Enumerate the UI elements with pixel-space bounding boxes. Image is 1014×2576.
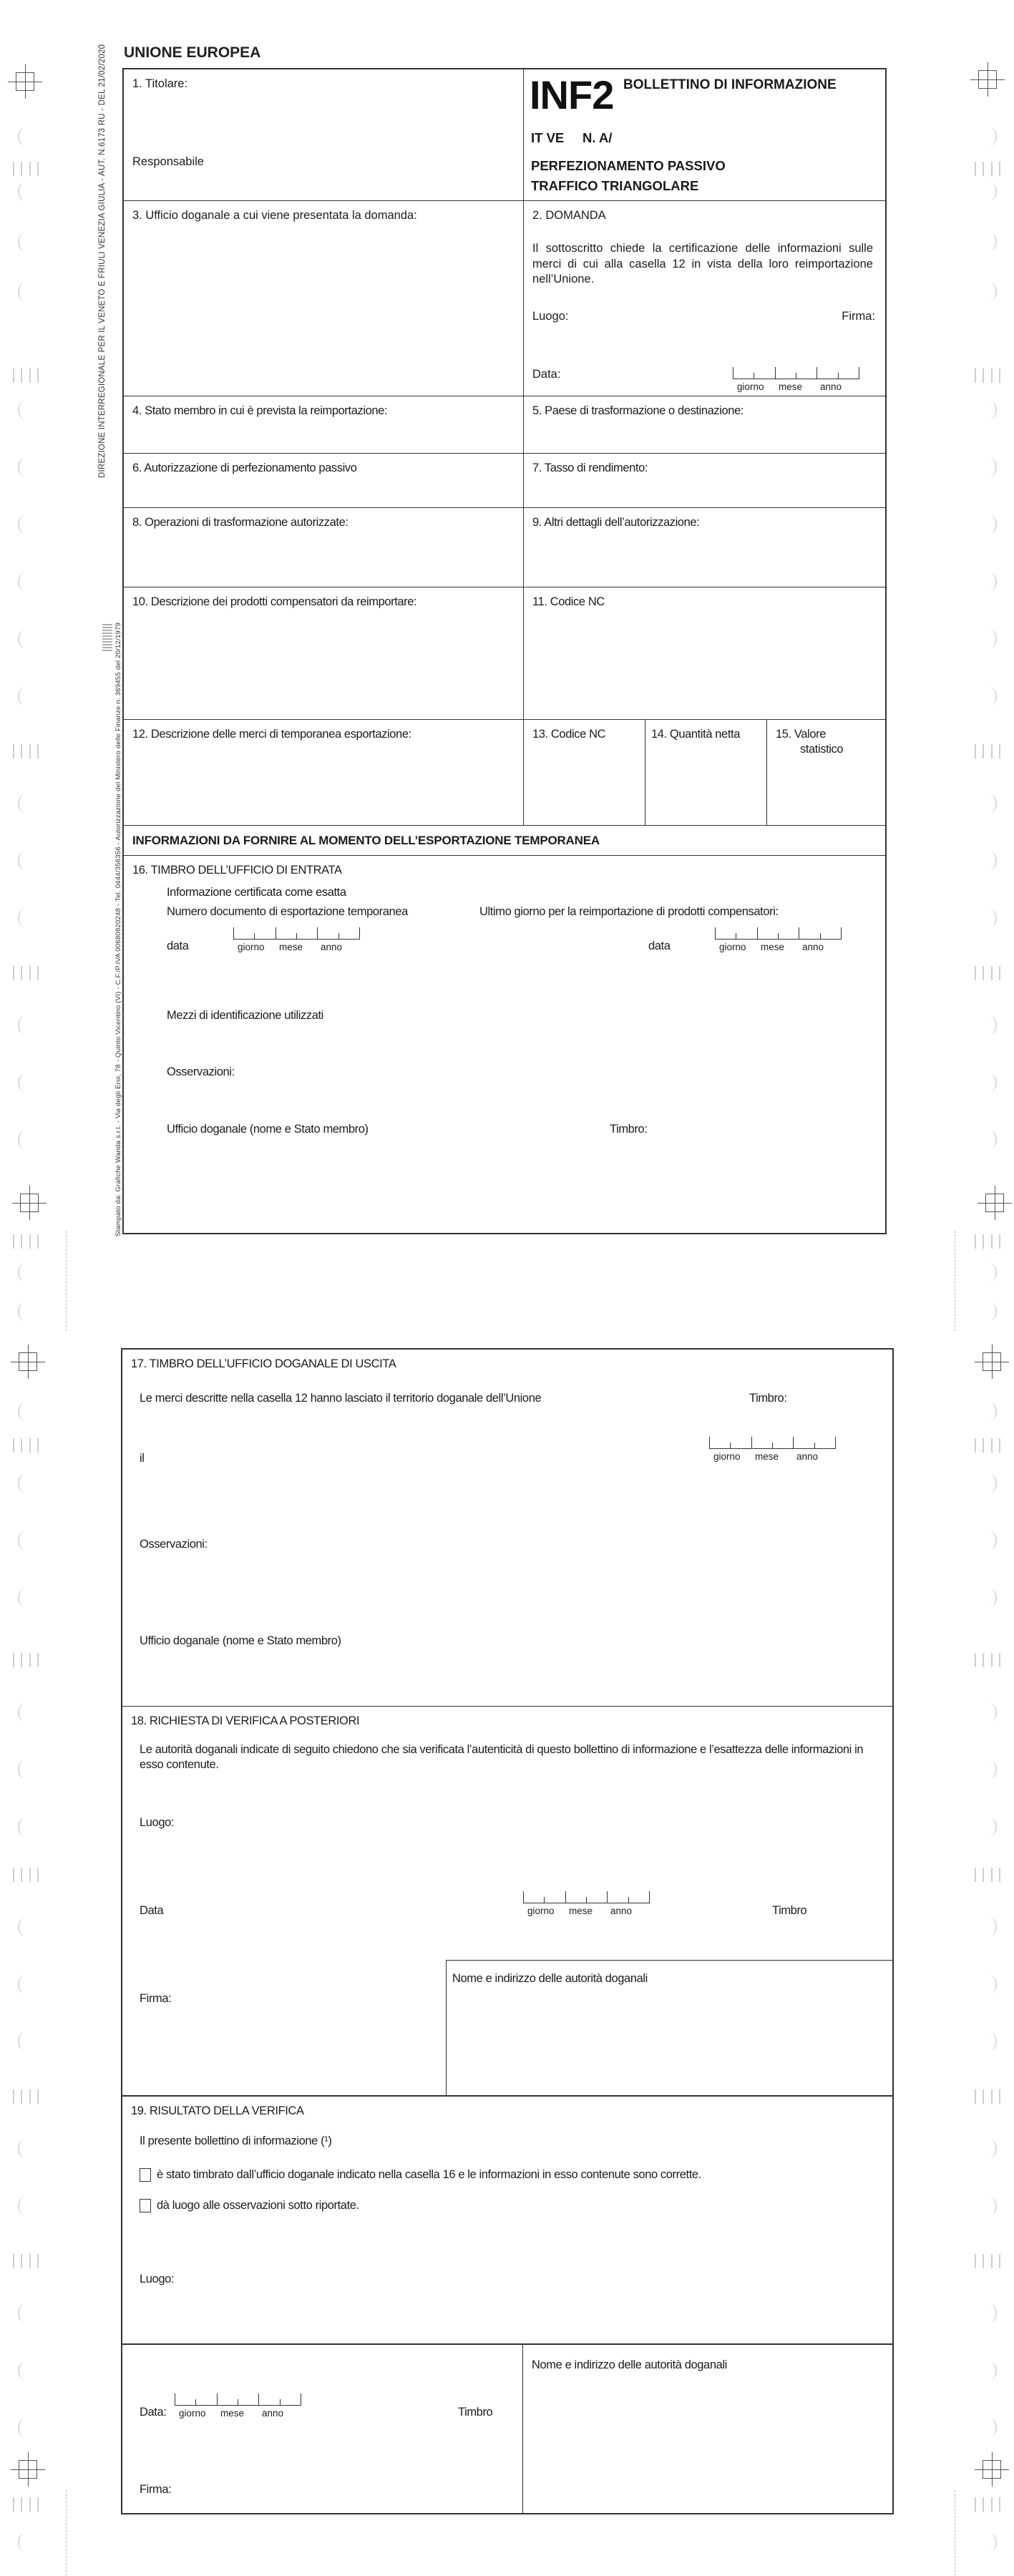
box-4-member-state[interactable]: 4. Stato membro in cui è prevista la rei… — [124, 396, 524, 454]
perforation-hole-icon — [18, 283, 32, 301]
perforation-hole-icon — [18, 1016, 32, 1035]
box-19-stamp-label: Timbro — [458, 2405, 492, 2420]
perforation-hole-icon — [983, 2419, 997, 2437]
perforation-hole-icon — [18, 852, 32, 870]
box-19-place-label: Luogo: — [140, 2272, 174, 2287]
box-2-place-label: Luogo: — [532, 309, 568, 324]
perforation-ticks-icon — [975, 1438, 1000, 1453]
date-tick — [820, 933, 821, 940]
box-15-label-line-2: statistico — [776, 742, 877, 757]
perforation-hole-icon — [983, 1589, 997, 1607]
perforation-hole-icon — [983, 2140, 997, 2158]
tear-line — [955, 2490, 955, 2576]
tear-line — [66, 1231, 67, 1331]
perforation-ticks-icon — [13, 966, 39, 980]
box-13-cn-code[interactable]: 13. Codice NC — [524, 720, 645, 826]
box-18-signature-label: Firma: — [140, 1991, 171, 2006]
perforation-ticks-icon — [975, 1653, 1000, 1667]
box-16-certified-text: Informazione certificata come esatta — [167, 885, 346, 900]
perforation-hole-icon — [18, 2197, 32, 2215]
box-17-office-label: Ufficio doganale (nome e Stato membro) — [140, 1634, 341, 1649]
date-year-label: anno — [796, 1450, 818, 1463]
box-17-text: Le merci descritte nella casella 12 hann… — [140, 1391, 541, 1406]
perforation-hole-icon — [983, 1131, 997, 1149]
box-17-on-label: il — [140, 1451, 145, 1466]
box-13-label: 13. Codice NC — [532, 727, 636, 742]
date-tick — [835, 1437, 836, 1449]
perforation-ticks-icon — [13, 1653, 39, 1667]
perforation-hole-icon — [18, 233, 32, 251]
date-tick — [751, 1437, 752, 1449]
box-11-cn-code[interactable]: 11. Codice NC — [524, 587, 885, 720]
box-19-date-label: Data: — [140, 2405, 166, 2420]
registration-mark-icon — [983, 1352, 1001, 1371]
perforation-ticks-icon — [13, 162, 39, 176]
perforation-hole-icon — [983, 909, 997, 927]
box-3-label: 3. Ufficio doganale a cui viene presenta… — [132, 208, 515, 223]
date-tick — [175, 2394, 175, 2406]
perforation-hole-icon — [983, 1703, 997, 1722]
date-tick — [730, 1443, 731, 1449]
box-2-signature-label: Firma: — [842, 309, 875, 324]
date-tick — [217, 2394, 218, 2406]
perforation-hole-icon — [983, 1073, 997, 1092]
perforation-hole-icon — [18, 2140, 32, 2158]
date-year-label: anno — [321, 941, 342, 954]
box-14-net-quantity[interactable]: 14. Quantità netta — [645, 720, 767, 826]
date-tick — [544, 1897, 545, 1903]
date-tick — [859, 367, 859, 379]
perforation-hole-icon — [18, 794, 32, 813]
registration-mark-icon — [983, 2460, 1001, 2479]
perforation-ticks-icon — [975, 744, 1000, 758]
date-tick — [258, 2394, 259, 2406]
box-14-label: 14. Quantità netta — [651, 727, 758, 742]
perforation-hole-icon — [18, 1531, 32, 1550]
box-9-other-details[interactable]: 9. Altri dettagli dell’autorizzazione: — [524, 508, 885, 587]
perforation-hole-icon — [18, 401, 32, 419]
perforation-ticks-icon — [13, 744, 39, 758]
perforation-hole-icon — [983, 1531, 997, 1550]
date-month-label: mese — [779, 381, 802, 394]
box-16-label: 16. TIMBRO DELL’UFFICIO DI ENTRATA — [132, 863, 877, 878]
box-5-label: 5. Paese di trasformazione o destinazion… — [532, 404, 877, 419]
date-tick — [254, 933, 255, 940]
box-17-stamp-label: Timbro: — [749, 1391, 787, 1406]
date-year-label: anno — [262, 2407, 283, 2420]
perforation-ticks-icon — [13, 1868, 39, 1882]
box-12-exported-goods[interactable]: 12. Descrizione delle merci di temporane… — [124, 720, 524, 826]
date-tick — [709, 1437, 710, 1449]
perforation-hole-icon — [983, 2197, 997, 2215]
perforation-hole-icon — [18, 515, 32, 534]
box-18-label: 18. RICHIESTA DI VERIFICA A POSTERIORI — [131, 1714, 359, 1729]
perforation-ticks-icon — [975, 369, 1000, 383]
perforation-hole-icon — [983, 1918, 997, 1936]
box-5-processing-country[interactable]: 5. Paese di trasformazione o destinazion… — [524, 396, 885, 454]
perforation-hole-icon — [18, 182, 32, 201]
box-2-date-field[interactable]: giornomeseanno — [733, 367, 859, 394]
box-16-date-right-label: data — [648, 939, 671, 954]
date-tick — [757, 927, 758, 940]
perforation-hole-icon — [18, 1131, 32, 1149]
date-tick — [628, 1897, 629, 1903]
perforation-hole-icon — [18, 909, 32, 927]
date-month-label: mese — [569, 1905, 593, 1918]
date-tick — [195, 2399, 196, 2406]
perforation-ticks-icon — [13, 1438, 39, 1453]
box-19-label: 19. RISULTATO DELLA VERIFICA — [131, 2104, 884, 2119]
perforation-ticks-icon — [13, 369, 39, 383]
perforation-hole-icon — [18, 2361, 32, 2380]
registration-mark-icon — [985, 1194, 1004, 1212]
date-tick — [841, 927, 842, 940]
box-6-authorisation[interactable]: 6. Autorizzazione di perfezionamento pas… — [124, 454, 524, 508]
perforation-ticks-icon — [13, 2497, 39, 2512]
date-tick — [317, 927, 318, 940]
perforation-hole-icon — [983, 2304, 997, 2323]
form-part-2: 17. TIMBRO DELL’UFFICIO DOGANALE DI USCI… — [121, 1348, 894, 2514]
perforation-hole-icon — [18, 1302, 32, 1321]
perforation-hole-icon — [983, 630, 997, 648]
box-4-label: 4. Stato membro in cui è prevista la rei… — [132, 404, 515, 419]
date-year-label: anno — [802, 941, 824, 954]
perforation-hole-icon — [18, 458, 32, 477]
box-18-date-field[interactable]: giornomeseanno — [523, 1891, 649, 1918]
date-tick — [796, 373, 796, 379]
box-19-verification-result[interactable]: 19. RISULTATO DELLA VERIFICA Il presente… — [122, 2097, 892, 2345]
box-18-place-label: Luogo: — [140, 1815, 174, 1830]
perforation-hole-icon — [983, 1263, 997, 1282]
box-15-statistical-value[interactable]: 15. Valore statistico — [767, 720, 885, 826]
box-16-observations-label: Osservazioni: — [167, 1065, 235, 1080]
box-18-authority-field[interactable]: Nome e indirizzo delle autorità doganali — [446, 1960, 892, 2097]
date-tick — [793, 1437, 794, 1449]
date-month-label: mese — [755, 1450, 779, 1463]
export-section-title: INFORMAZIONI DA FORNIRE AL MOMENTO DELL’… — [132, 833, 877, 849]
perforation-ticks-icon — [975, 2497, 1000, 2512]
printer-margin-text: Stampato da: Grafiche Wanda s.r.l. - Via… — [114, 623, 122, 1236]
date-day-label: giorno — [179, 2407, 206, 2420]
date-tick — [649, 1891, 650, 1903]
perforation-hole-icon — [983, 687, 997, 706]
perforation-ticks-icon — [975, 966, 1000, 980]
perforation-hole-icon — [983, 1975, 997, 1994]
date-month-label: mese — [761, 941, 784, 954]
box-2-label: 2. DOMANDA — [532, 208, 877, 223]
perforation-hole-icon — [18, 1589, 32, 1607]
box-18-verification-request[interactable]: 18. RICHIESTA DI VERIFICA A POSTERIORI L… — [122, 1707, 892, 2097]
perforation-hole-icon — [18, 1263, 32, 1282]
date-tick — [778, 933, 779, 940]
perforation-hole-icon — [18, 1975, 32, 1994]
date-tick — [276, 927, 276, 940]
perforation-hole-icon — [983, 515, 997, 534]
form-header: INF2 BOLLETTINO DI INFORMAZIONE IT VE N.… — [524, 69, 885, 201]
box-10-label: 10. Descrizione dei prodotti compensator… — [132, 595, 515, 610]
registration-mark-icon — [978, 70, 997, 89]
date-day-label: giorno — [719, 941, 746, 954]
box-11-label: 11. Codice NC — [532, 595, 877, 610]
date-day-label: giorno — [737, 381, 764, 394]
box-19-intro: Il presente bollettino di informazione (… — [140, 2134, 331, 2149]
box-16-stamp-label: Timbro: — [610, 1122, 648, 1137]
perforation-hole-icon — [18, 2032, 32, 2051]
date-tick — [814, 1443, 815, 1449]
box-18-text: Le autorità doganali indicate di seguito… — [140, 1742, 884, 1773]
perforation-hole-icon — [18, 1474, 32, 1493]
date-tick — [233, 927, 234, 940]
date-tick — [238, 2399, 238, 2406]
perforation-hole-icon — [983, 1016, 997, 1035]
perforation-hole-icon — [983, 794, 997, 813]
box-17-date-field[interactable]: giornomeseanno — [709, 1437, 835, 1464]
box-19-option-2-label: dà luogo alle osservazioni sotto riporta… — [157, 2198, 359, 2213]
box-19-option-2-checkbox[interactable] — [140, 2199, 151, 2212]
perforation-hole-icon — [983, 2032, 997, 2051]
date-tick — [565, 1891, 566, 1903]
date-day-label: giorno — [713, 1450, 741, 1463]
box-16-identification-label: Mezzi di identificazione utilizzati — [167, 1008, 323, 1023]
date-tick — [838, 373, 839, 379]
date-tick — [359, 927, 360, 940]
box-15-label-line-1: 15. Valore — [776, 727, 877, 742]
perforation-hole-icon — [18, 1918, 32, 1936]
export-section-header: INFORMAZIONI DA FORNIRE AL MOMENTO DELL’… — [124, 826, 885, 856]
box-8-operations[interactable]: 8. Operazioni di trasformazione autorizz… — [124, 508, 524, 587]
box-19-signature-label: Firma: — [140, 2482, 171, 2497]
perforation-hole-icon — [983, 1818, 997, 1836]
box-19-option-1-label: è stato timbrato dall’ufficio doganale i… — [157, 2167, 701, 2182]
box-19-option-1-checkbox[interactable] — [140, 2168, 151, 2182]
perforation-ticks-icon — [13, 2254, 39, 2268]
date-month-label: mese — [279, 941, 303, 954]
registration-mark-icon — [20, 1194, 39, 1212]
registration-mark-icon — [16, 72, 34, 91]
perforation-hole-icon — [18, 127, 32, 146]
box-3-customs-office[interactable]: 3. Ufficio doganale a cui viene presenta… — [124, 201, 524, 396]
date-tick — [296, 933, 297, 940]
box-10-compensating-products[interactable]: 10. Descrizione dei prodotti compensator… — [124, 587, 524, 720]
box-8-label: 8. Operazioni di trasformazione autorizz… — [132, 515, 515, 530]
perforation-hole-icon — [983, 1760, 997, 1779]
date-year-label: anno — [820, 381, 842, 394]
box-19-authority-label: Nome e indirizzo delle autorità doganali — [532, 2352, 884, 2373]
registration-mark-icon — [19, 2460, 37, 2479]
perforation-hole-icon — [983, 2361, 997, 2380]
regime-line-2: TRAFFICO TRIANGOLARE — [531, 177, 698, 195]
perforation-hole-icon — [18, 1760, 32, 1779]
perforation-hole-icon — [983, 1302, 997, 1321]
perforation-hole-icon — [983, 852, 997, 870]
box-2-date-label: Data: — [532, 367, 560, 382]
date-tick — [338, 933, 339, 940]
date-tick — [736, 933, 736, 940]
date-tick — [799, 927, 799, 940]
box-18-authority-label: Nome e indirizzo delle autorità doganali — [452, 1971, 648, 1986]
eu-title: UNIONE EUROPEA — [124, 44, 260, 62]
perforation-hole-icon — [18, 1818, 32, 1836]
perforation-hole-icon — [18, 572, 32, 591]
date-month-label: mese — [220, 2407, 244, 2420]
perforation-ticks-icon — [13, 2089, 39, 2104]
perforation-ticks-icon — [13, 1234, 39, 1249]
perforation-hole-icon — [983, 2533, 997, 2552]
date-tick — [772, 1443, 773, 1449]
date-tick — [523, 1891, 524, 1903]
perforation-hole-icon — [18, 687, 32, 706]
printer-logo-icon — [102, 623, 112, 651]
date-tick — [586, 1897, 587, 1903]
box-1-responsible-label: Responsabile — [132, 155, 204, 170]
perforation-hole-icon — [18, 1402, 32, 1421]
perforation-ticks-icon — [975, 162, 1000, 176]
perforation-hole-icon — [983, 283, 997, 301]
date-tick — [280, 2399, 281, 2406]
box-19-authority-field[interactable]: Nome e indirizzo delle autorità doganali — [523, 2345, 892, 2513]
perforation-hole-icon — [983, 401, 997, 419]
perforation-hole-icon — [18, 630, 32, 648]
box-16-office-label: Ufficio doganale (nome e Stato membro) — [167, 1122, 369, 1137]
perforation-ticks-icon — [975, 2254, 1000, 2268]
box-19-date-stamp-area[interactable]: Data: giornomeseanno Timbro Firma: — [122, 2345, 523, 2513]
date-tick — [607, 1891, 608, 1903]
form-title: BOLLETTINO DI INFORMAZIONE — [623, 77, 837, 94]
box-16-date-left-label: data — [167, 939, 189, 954]
box-19-date-field[interactable]: giornomeseanno — [175, 2394, 301, 2421]
box-2-request[interactable]: 2. DOMANDA Il sottoscritto chiede la cer… — [524, 201, 885, 396]
box-18-date-label: Data — [140, 1903, 163, 1918]
perforation-hole-icon — [983, 1402, 997, 1421]
form-reference: IT VE N. A/ — [531, 130, 612, 147]
perforation-hole-icon — [983, 458, 997, 477]
date-tick — [775, 367, 776, 379]
date-tick — [816, 367, 817, 379]
box-16-doc-date-field[interactable]: giornomeseanno — [233, 927, 359, 955]
perforation-hole-icon — [18, 2419, 32, 2437]
date-day-label: giorno — [527, 1905, 555, 1918]
box-6-label: 6. Autorizzazione di perfezionamento pas… — [132, 461, 515, 476]
perforation-hole-icon — [983, 127, 997, 146]
perforation-hole-icon — [983, 233, 997, 251]
date-tick — [754, 373, 754, 379]
registration-mark-icon — [19, 1352, 37, 1371]
box-7-yield-rate[interactable]: 7. Tasso di rendimento: — [524, 454, 885, 508]
box-17-label: 17. TIMBRO DELL’UFFICIO DOGANALE DI USCI… — [131, 1357, 884, 1372]
box-16-last-day-date-field[interactable]: giornomeseanno — [715, 927, 841, 955]
date-tick — [715, 927, 716, 940]
perforation-hole-icon — [983, 182, 997, 201]
perforation-hole-icon — [983, 572, 997, 591]
box-17-observations-label: Osservazioni: — [140, 1537, 208, 1552]
perforation-hole-icon — [18, 1703, 32, 1722]
box-16-entry-stamp[interactable]: 16. TIMBRO DELL’UFFICIO DI ENTRATA Infor… — [124, 856, 885, 1233]
box-16-doc-number-label: Numero documento di esportazione tempora… — [167, 904, 408, 919]
box-16-last-day-label: Ultimo giorno per la reimportazione di p… — [479, 904, 779, 919]
box-7-label: 7. Tasso di rendimento: — [532, 461, 877, 476]
perforation-ticks-icon — [975, 2089, 1000, 2104]
authority-margin-text: DIREZIONE INTERREGIONALE PER IL VENETO E… — [98, 44, 107, 478]
tear-line — [66, 2490, 67, 2576]
tear-line — [955, 1231, 955, 1331]
form-code: INF2 — [530, 75, 613, 115]
perforation-hole-icon — [18, 2533, 32, 2552]
box-1-label: 1. Titolare: — [132, 77, 515, 92]
box-9-label: 9. Altri dettagli dell’autorizzazione: — [532, 515, 877, 530]
box-17-exit-stamp[interactable]: 17. TIMBRO DELL’UFFICIO DOGANALE DI USCI… — [122, 1350, 892, 1707]
box-1-holder[interactable]: 1. Titolare: Responsabile — [124, 69, 524, 201]
date-tick — [733, 367, 733, 379]
form-part-1: 1. Titolare: Responsabile INF2 BOLLETTIN… — [122, 68, 887, 1234]
perforation-ticks-icon — [975, 1234, 1000, 1249]
box-12-label: 12. Descrizione delle merci di temporane… — [132, 727, 515, 742]
date-day-label: giorno — [238, 941, 265, 954]
perforation-hole-icon — [983, 1474, 997, 1493]
date-year-label: anno — [610, 1905, 632, 1918]
perforation-hole-icon — [18, 1073, 32, 1092]
box-18-stamp-label: Timbro — [772, 1903, 806, 1918]
regime-line-1: PERFEZIONAMENTO PASSIVO — [531, 157, 726, 175]
perforation-ticks-icon — [975, 1868, 1000, 1882]
perforation-hole-icon — [18, 2304, 32, 2323]
date-tick — [301, 2394, 301, 2406]
box-2-text: Il sottoscritto chiede la certificazione… — [532, 241, 873, 287]
